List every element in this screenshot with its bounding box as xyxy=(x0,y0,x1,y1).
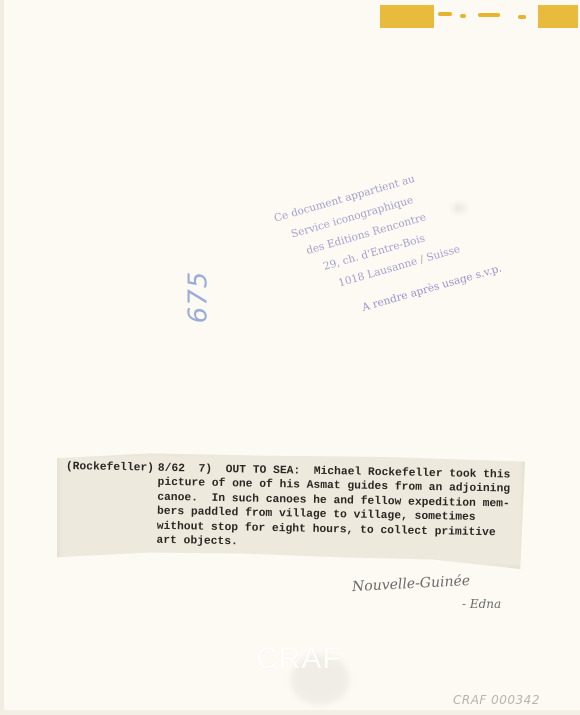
catalog-number: CRAF 000342 xyxy=(453,693,540,707)
handwritten-note-name: - Edna xyxy=(462,597,501,611)
caption-line: art objects. xyxy=(156,534,238,550)
page-edge xyxy=(0,0,4,715)
tape-residue xyxy=(438,12,528,22)
handwritten-blue-number: 675 xyxy=(183,271,213,324)
watermark: CRAF xyxy=(256,642,342,676)
page-bottom-edge xyxy=(0,710,580,715)
caption-text: (Rockefeller) 8/62 7) OUT TO SEA: Michae… xyxy=(64,460,510,555)
yellow-tape-right xyxy=(538,5,578,28)
yellow-tape-left xyxy=(380,5,434,28)
